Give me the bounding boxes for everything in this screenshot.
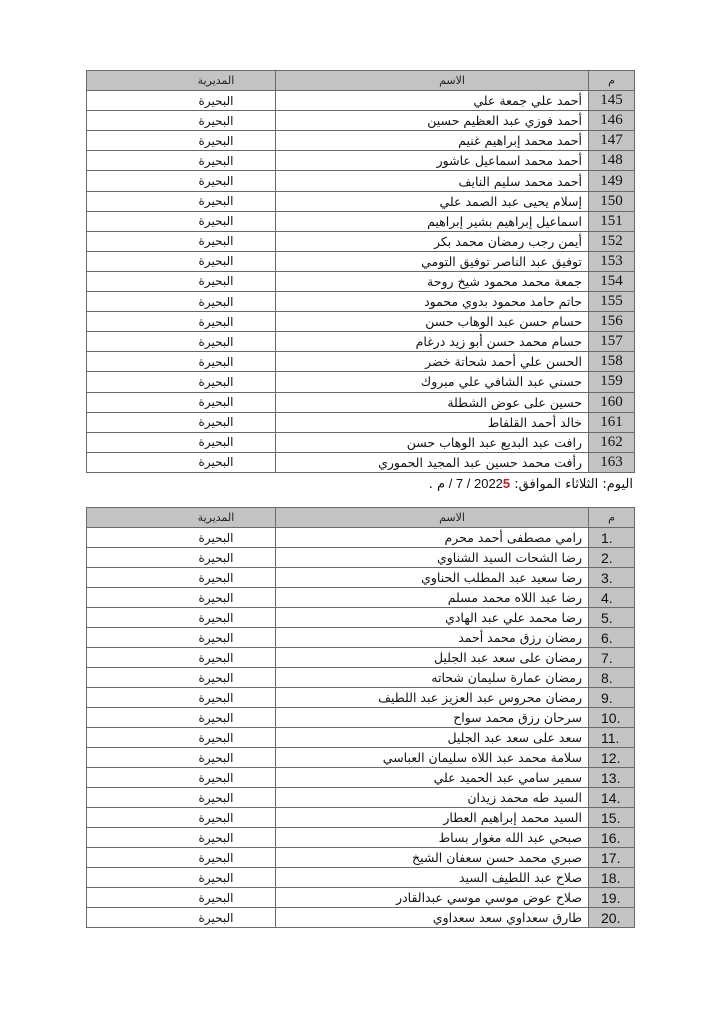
table-row: 163رأفت محمد حسين عبد المجيد الحموريالبح… [87,452,635,472]
row-name: السيد طه محمد زيدان [276,788,589,808]
row-directorate: البحيرة [87,412,276,432]
row-name: رمضان على سعد عبد الجليل [276,648,589,668]
row-number: 155 [589,292,635,312]
row-name: صبري محمد حسن سعفان الشيخ [276,848,589,868]
row-name: إسلام يحيى عبد الصمد علي [276,191,589,211]
row-number: 3. [589,568,635,588]
row-directorate: البحيرة [87,828,276,848]
table-row: 151اسماعيل إبراهيم بشير إبراهيمالبحيرة [87,211,635,231]
table-row: 162رافت عبد البديع عبد الوهاب حسنالبحيرة [87,432,635,452]
row-name: رضا محمد علي عبد الهادي [276,608,589,628]
row-name: جمعة محمد محمود شيخ روحة [276,271,589,291]
row-number: 16. [589,828,635,848]
row-name: أحمد محمد سليم النايف [276,171,589,191]
row-directorate: البحيرة [87,888,276,908]
row-number: 7. [589,648,635,668]
row-directorate: البحيرة [87,528,276,548]
row-number: 163 [589,452,635,472]
row-name: رمضان رزق محمد أحمد [276,628,589,648]
row-number: 157 [589,332,635,352]
row-name: رضا الشحات السيد الشناوي [276,548,589,568]
table-row: 146أحمد فوزي عبد العظيم حسينالبحيرة [87,111,635,131]
table-row: 159حسني عبد الشافي علي مبروكالبحيرة [87,372,635,392]
row-number: 146 [589,111,635,131]
row-directorate: البحيرة [87,271,276,291]
row-directorate: البحيرة [87,668,276,688]
table-row: 1.رامي مصطفى أحمد محرمالبحيرة [87,528,635,548]
names-table-2: م الاسم المديرية 1.رامي مصطفى أحمد محرما… [86,507,635,928]
table-row: 155حاتم حامد محمود بدوي محمودالبحيرة [87,292,635,312]
col-header-directorate: المديرية [87,71,276,91]
date-day: 5 [503,476,510,491]
row-name: رضا سعيد عبد المطلب الحناوي [276,568,589,588]
table-row: 13.سمير سامي عبد الحميد عليالبحيرة [87,768,635,788]
row-number: 159 [589,372,635,392]
row-name: سعد على سعد عبد الجليل [276,728,589,748]
table-row: 160حسين على عوض الشطلةالبحيرة [87,392,635,412]
table-row: 153توفيق عبد الناصر توفيق التوميالبحيرة [87,251,635,271]
row-name: خالد أحمد القلفاط [276,412,589,432]
date-line: اليوم: الثلاثاء الموافق: 5 / 7 / 2022م . [429,476,633,492]
table-row: 147أحمد محمد إبراهيم غنيمالبحيرة [87,131,635,151]
row-number: 20. [589,908,635,928]
row-number: 145 [589,91,635,111]
col-header-name: الاسم [276,71,589,91]
row-directorate: البحيرة [87,251,276,271]
row-number: 1. [589,528,635,548]
row-directorate: البحيرة [87,808,276,828]
row-number: 10. [589,708,635,728]
table-row: 5.رضا محمد علي عبد الهاديالبحيرة [87,608,635,628]
row-name: رمضان محروس عبد العزيز عبد اللطيف [276,688,589,708]
row-name: سرحان رزق محمد سواح [276,708,589,728]
row-directorate: البحيرة [87,548,276,568]
row-directorate: البحيرة [87,588,276,608]
row-directorate: البحيرة [87,728,276,748]
row-number: 149 [589,171,635,191]
col-header-name: الاسم [276,508,589,528]
table-row: 17.صبري محمد حسن سعفان الشيخالبحيرة [87,848,635,868]
table-row: 158الحسن علي أحمد شحاتة خضرالبحيرة [87,352,635,372]
row-directorate: البحيرة [87,231,276,251]
row-name: صلاح عبد اللطيف السيد [276,868,589,888]
row-name: سلامة محمد عبد اللاه سليمان العباسي [276,748,589,768]
col-header-num: م [589,71,635,91]
row-directorate: البحيرة [87,211,276,231]
row-number: 18. [589,868,635,888]
row-directorate: البحيرة [87,191,276,211]
table-row: 4.رضا عبد اللاه محمد مسلمالبحيرة [87,588,635,608]
row-number: 152 [589,231,635,251]
row-name: رامي مصطفى أحمد محرم [276,528,589,548]
table-row: 8.رمضان عمارة سليمان شحاتهالبحيرة [87,668,635,688]
row-directorate: البحيرة [87,848,276,868]
row-number: 6. [589,628,635,648]
row-directorate: البحيرة [87,292,276,312]
table-row: 20.طارق سعداوي سعد سعداويالبحيرة [87,908,635,928]
table-row: 16.صبحي عبد الله مغوار بساطالبحيرة [87,828,635,848]
table-row: 19.صلاح عوض موسي موسي عبدالقادرالبحيرة [87,888,635,908]
row-name: أحمد فوزي عبد العظيم حسين [276,111,589,131]
row-name: حسين على عوض الشطلة [276,392,589,412]
table-row: 2.رضا الشحات السيد الشناويالبحيرة [87,548,635,568]
row-name: أيمن رجب رمضان محمد بكر [276,231,589,251]
row-number: 153 [589,251,635,271]
row-number: 151 [589,211,635,231]
row-directorate: البحيرة [87,111,276,131]
names-table-1: م الاسم المديرية 145أحمد علي جمعة عليالب… [86,70,635,473]
row-name: طارق سعداوي سعد سعداوي [276,908,589,928]
row-name: حسام حسن عبد الوهاب حسن [276,312,589,332]
row-name: سمير سامي عبد الحميد علي [276,768,589,788]
row-number: 158 [589,352,635,372]
table-row: 12.سلامة محمد عبد اللاه سليمان العباسيال… [87,748,635,768]
row-directorate: البحيرة [87,91,276,111]
row-directorate: البحيرة [87,688,276,708]
table-row: 149أحمد محمد سليم النايفالبحيرة [87,171,635,191]
row-directorate: البحيرة [87,151,276,171]
row-number: 2. [589,548,635,568]
row-name: رافت عبد البديع عبد الوهاب حسن [276,432,589,452]
table-row: 161خالد أحمد القلفاطالبحيرة [87,412,635,432]
row-number: 150 [589,191,635,211]
table-row: 148أحمد محمد اسماعيل عاشورالبحيرة [87,151,635,171]
row-directorate: البحيرة [87,768,276,788]
row-number: 14. [589,788,635,808]
row-number: 147 [589,131,635,151]
row-number: 148 [589,151,635,171]
row-number: 160 [589,392,635,412]
row-number: 9. [589,688,635,708]
col-header-directorate: المديرية [87,508,276,528]
row-name: رضا عبد اللاه محمد مسلم [276,588,589,608]
table-row: 7.رمضان على سعد عبد الجليلالبحيرة [87,648,635,668]
table-row: 157حسام محمد حسن أبو زيد درغامالبحيرة [87,332,635,352]
row-number: 5. [589,608,635,628]
table-header-row: م الاسم المديرية [87,71,635,91]
row-number: 8. [589,668,635,688]
row-name: أحمد علي جمعة علي [276,91,589,111]
row-directorate: البحيرة [87,648,276,668]
row-directorate: البحيرة [87,788,276,808]
table-row: 152أيمن رجب رمضان محمد بكرالبحيرة [87,231,635,251]
row-directorate: البحيرة [87,568,276,588]
row-number: 11. [589,728,635,748]
row-number: 13. [589,768,635,788]
row-directorate: البحيرة [87,131,276,151]
row-name: أحمد محمد إبراهيم غنيم [276,131,589,151]
row-name: السيد محمد إبراهيم العطار [276,808,589,828]
row-directorate: البحيرة [87,372,276,392]
row-directorate: البحيرة [87,312,276,332]
row-directorate: البحيرة [87,432,276,452]
row-number: 4. [589,588,635,608]
table-row: 3.رضا سعيد عبد المطلب الحناويالبحيرة [87,568,635,588]
row-name: رمضان عمارة سليمان شحاته [276,668,589,688]
table-row: 150إسلام يحيى عبد الصمد عليالبحيرة [87,191,635,211]
row-number: 19. [589,888,635,908]
row-directorate: البحيرة [87,171,276,191]
row-directorate: البحيرة [87,392,276,412]
table-row: 6.رمضان رزق محمد أحمدالبحيرة [87,628,635,648]
row-name: حسني عبد الشافي علي مبروك [276,372,589,392]
table-row: 11.سعد على سعد عبد الجليلالبحيرة [87,728,635,748]
row-number: 162 [589,432,635,452]
row-name: حاتم حامد محمود بدوي محمود [276,292,589,312]
table-row: 9.رمضان محروس عبد العزيز عبد اللطيفالبحي… [87,688,635,708]
row-name: أحمد محمد اسماعيل عاشور [276,151,589,171]
date-prefix: اليوم: الثلاثاء الموافق: [514,477,633,492]
row-directorate: البحيرة [87,708,276,728]
table-row: 18.صلاح عبد اللطيف السيدالبحيرة [87,868,635,888]
row-name: توفيق عبد الناصر توفيق التومي [276,251,589,271]
row-directorate: البحيرة [87,352,276,372]
table-header-row: م الاسم المديرية [87,508,635,528]
row-directorate: البحيرة [87,332,276,352]
row-directorate: البحيرة [87,452,276,472]
table-row: 15.السيد محمد إبراهيم العطارالبحيرة [87,808,635,828]
date-month-year: / 7 / 2022 [445,476,503,491]
row-number: 15. [589,808,635,828]
row-name: اسماعيل إبراهيم بشير إبراهيم [276,211,589,231]
table-row: 14.السيد طه محمد زيدانالبحيرة [87,788,635,808]
date-suffix: م . [429,477,445,492]
row-name: صبحي عبد الله مغوار بساط [276,828,589,848]
table-row: 10.سرحان رزق محمد سواحالبحيرة [87,708,635,728]
col-header-num: م [589,508,635,528]
row-directorate: البحيرة [87,868,276,888]
row-name: صلاح عوض موسي موسي عبدالقادر [276,888,589,908]
row-number: 156 [589,312,635,332]
row-name: الحسن علي أحمد شحاتة خضر [276,352,589,372]
row-directorate: البحيرة [87,908,276,928]
row-directorate: البحيرة [87,628,276,648]
table-row: 156حسام حسن عبد الوهاب حسنالبحيرة [87,312,635,332]
row-number: 17. [589,848,635,868]
row-name: حسام محمد حسن أبو زيد درغام [276,332,589,352]
row-name: رأفت محمد حسين عبد المجيد الحموري [276,452,589,472]
row-number: 154 [589,271,635,291]
row-number: 12. [589,748,635,768]
row-number: 161 [589,412,635,432]
row-directorate: البحيرة [87,608,276,628]
table-row: 154جمعة محمد محمود شيخ روحةالبحيرة [87,271,635,291]
table-row: 145أحمد علي جمعة عليالبحيرة [87,91,635,111]
row-directorate: البحيرة [87,748,276,768]
